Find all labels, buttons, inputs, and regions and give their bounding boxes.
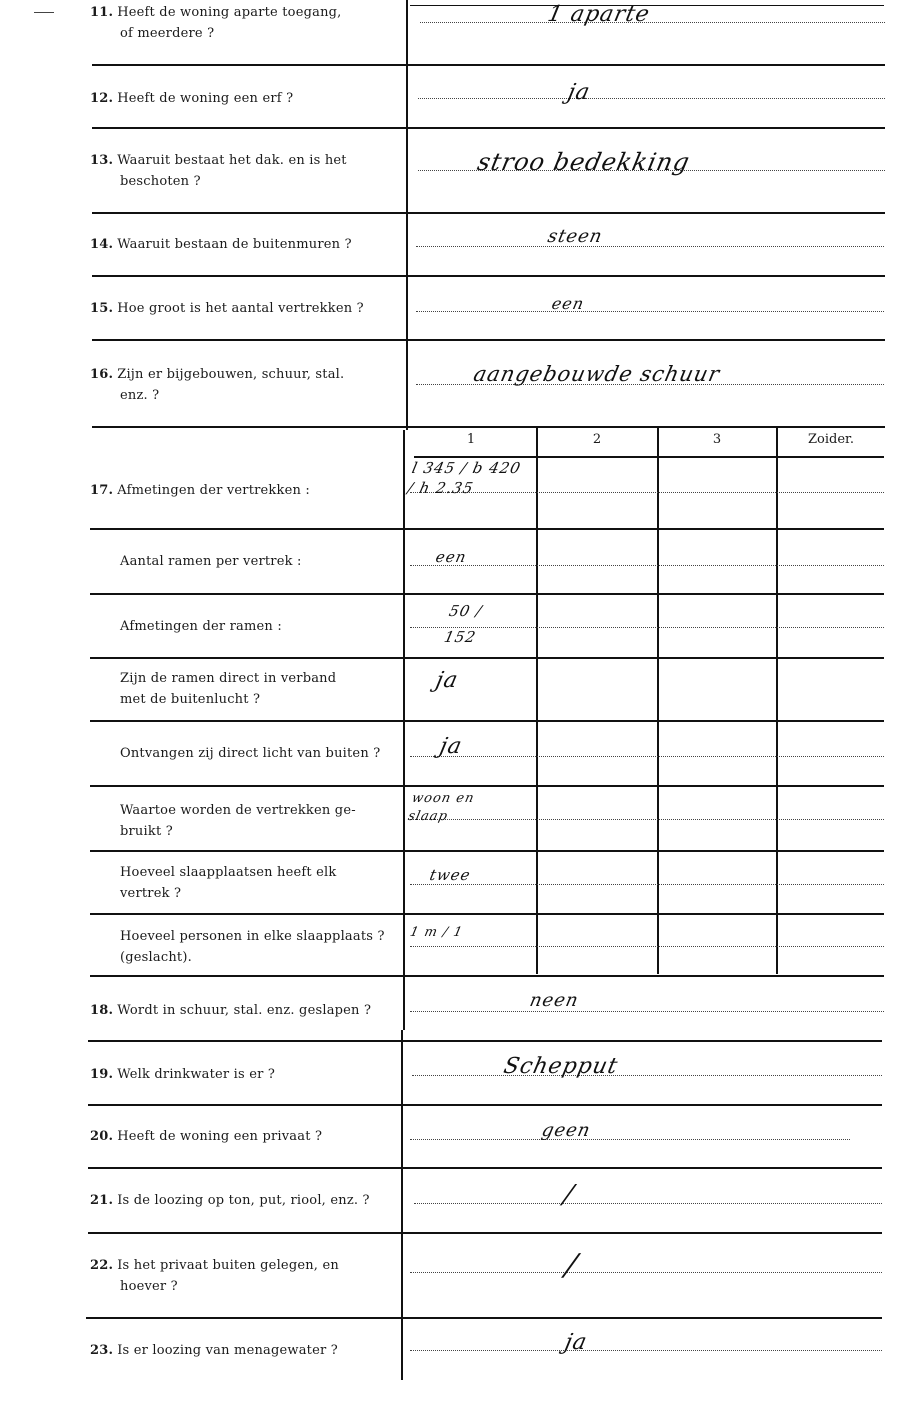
question-21: 21.Is de loozing op ton, put, riool, enz…	[90, 1190, 394, 1211]
answer-22: /	[562, 1248, 581, 1283]
table-column-divider	[657, 428, 659, 974]
answer-14: steen	[546, 226, 605, 247]
answer-15: een	[550, 294, 586, 313]
row-rule	[90, 785, 884, 787]
question-windows-count: Aantal ramen per vertrek :	[90, 551, 394, 572]
answer-21: /	[561, 1180, 577, 1210]
answer-window-size-room-1: 50 / 152	[422, 598, 503, 650]
answer-line	[410, 1139, 850, 1140]
row-rule	[92, 339, 885, 341]
row-rule	[90, 975, 884, 977]
answer-windows-outside-air-room-1: ja	[433, 668, 460, 693]
question-23: 23.Is er loozing van menagewater ?	[90, 1340, 394, 1361]
answer-windows-count-room-1: een	[434, 548, 468, 566]
answer-line	[414, 1203, 882, 1204]
answer-line	[416, 311, 884, 312]
answer-line	[416, 246, 884, 247]
row-rule	[90, 913, 884, 915]
column-header-zoider: Zoider.	[778, 432, 884, 447]
question-11: 11.Heeft de woning aparte toegang, of me…	[90, 2, 394, 44]
question-13: 13.Waaruit bestaat het dak. en is het be…	[90, 150, 394, 192]
column-divider	[403, 430, 405, 1030]
question-direct-light: Ontvangen zij direct licht van buiten ?	[90, 743, 394, 764]
answer-12: ja	[565, 80, 592, 105]
column-divider	[401, 1030, 403, 1380]
answer-16: aangebouwde schuur	[471, 362, 722, 386]
row-rule	[92, 275, 885, 277]
answer-sleeping-places-room-1: twee	[428, 866, 472, 884]
answer-line	[410, 884, 884, 885]
question-12: 12.Heeft de woning een erf ?	[90, 88, 394, 109]
answer-line	[412, 1075, 882, 1076]
answer-18: neen	[528, 990, 581, 1011]
row-rule	[86, 1317, 882, 1319]
answer-line	[410, 1350, 882, 1351]
question-18: 18.Wordt in schuur, stal. enz. geslapen …	[90, 1000, 394, 1021]
row-rule	[90, 528, 884, 530]
column-header-1: 1	[406, 432, 536, 447]
row-rule	[90, 593, 884, 595]
question-window-size: Afmetingen der ramen :	[90, 616, 394, 637]
answer-20: geen	[540, 1120, 593, 1141]
census-form-page: 11.Heeft de woning aparte toegang, of me…	[0, 0, 900, 1420]
table-column-divider	[776, 428, 778, 974]
row-rule	[88, 1040, 882, 1042]
row-rule	[90, 850, 884, 852]
question-15: 15.Hoe groot is het aantal vertrekken ?	[90, 298, 394, 319]
answer-line	[410, 1272, 882, 1273]
answer-line	[420, 22, 885, 23]
answer-room-use-room-1: woon en slaap	[406, 790, 494, 826]
answer-line	[410, 1011, 884, 1012]
column-header-3: 3	[658, 432, 776, 447]
question-17: 17.Afmetingen der vertrekken :	[90, 480, 394, 501]
row-rule	[88, 1104, 882, 1106]
answer-17-room-1: l 345 / b 420 / h 2.35	[406, 458, 535, 498]
stray-mark	[34, 12, 54, 13]
answer-19: Schepput	[501, 1054, 620, 1079]
row-rule	[92, 127, 885, 129]
row-rule	[90, 657, 884, 659]
answer-persons-per-place-room-1: 1 m / 1	[407, 920, 473, 946]
row-rule	[88, 1167, 882, 1169]
row-rule	[92, 426, 885, 428]
question-22: 22.Is het privaat buiten gelegen, en hoe…	[90, 1255, 394, 1297]
answer-line	[410, 946, 884, 947]
column-header-2: 2	[537, 432, 657, 447]
question-persons-per-place: Hoeveel personen in elke slaapplaats ? (…	[90, 926, 394, 968]
table-column-divider	[536, 428, 538, 974]
answer-line	[418, 98, 885, 99]
row-rule	[92, 64, 885, 66]
question-14: 14.Waaruit bestaan de buitenmuren ?	[90, 234, 394, 255]
question-19: 19.Welk drinkwater is er ?	[90, 1064, 394, 1085]
answer-11: 1 aparte	[545, 2, 652, 27]
answer-line	[410, 565, 884, 566]
question-windows-outside-air: Zijn de ramen direct in verband met de b…	[90, 668, 394, 710]
question-room-use: Waartoe worden de vertrekken ge- bruikt …	[90, 800, 394, 842]
answer-line	[410, 756, 884, 757]
row-rule	[92, 212, 885, 214]
answer-23: ja	[562, 1330, 589, 1355]
answer-13: stroo bedekking	[475, 148, 693, 176]
row-rule	[88, 1232, 882, 1234]
question-16: 16.Zijn er bijgebouwen, schuur, stal. en…	[90, 364, 394, 406]
row-rule	[90, 720, 884, 722]
question-20: 20.Heeft de woning een privaat ?	[90, 1126, 394, 1147]
question-sleeping-places: Hoeveel slaapplaatsen heeft elk vertrek …	[90, 862, 394, 904]
